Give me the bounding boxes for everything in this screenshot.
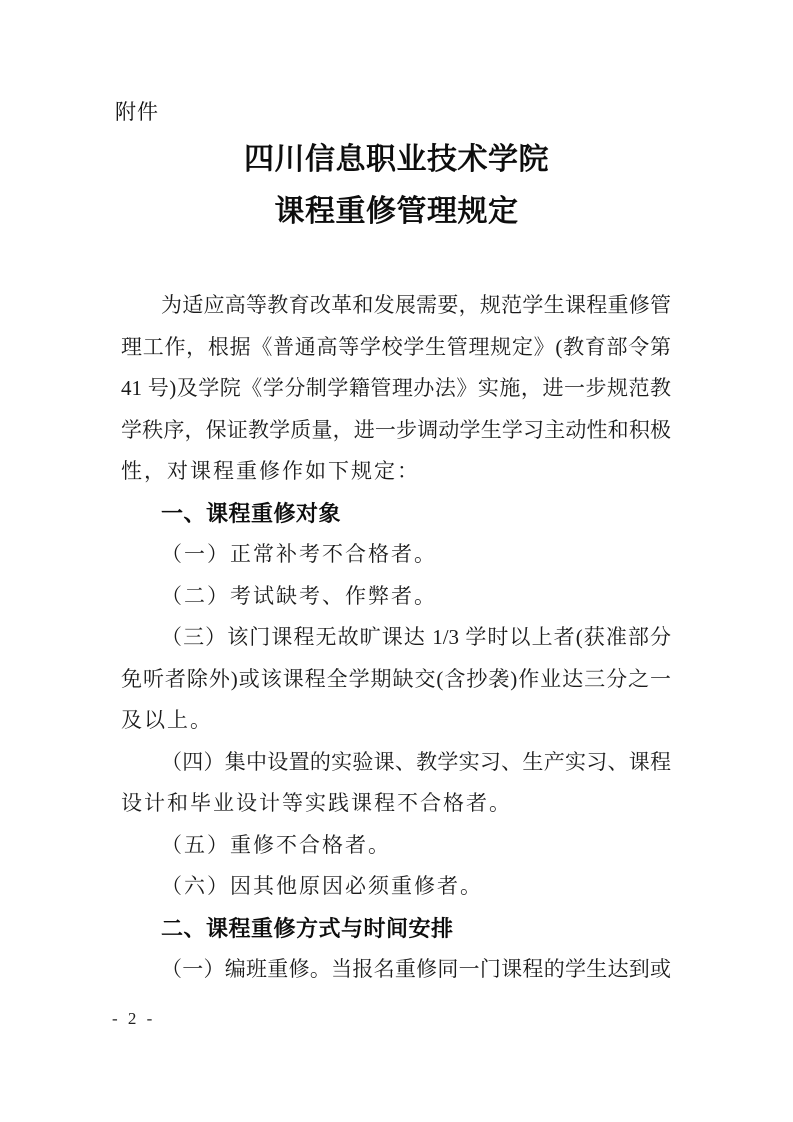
document-body: 为适应高等教育改革和发展需要，规范学生课程重修管 理工作，根据《普通高等学校学生… <box>121 285 671 991</box>
body-line: 性，对课程重修作如下规定： <box>121 451 671 493</box>
list-item: （三）该门课程无故旷课达 1/3 学时以上者(获准部分 <box>121 617 671 659</box>
section-heading-1: 一、课程重修对象 <box>121 493 671 535</box>
list-item-continuation: 免听者除外)或该课程全学期缺交(含抄袭)作业达三分之一 <box>121 659 671 701</box>
page-number: - 2 - <box>112 1008 155 1030</box>
document-title-line-2: 课程重修管理规定 <box>0 186 793 238</box>
list-item: （二）考试缺考、作弊者。 <box>121 576 671 618</box>
list-item-continuation: 及以上。 <box>121 700 671 742</box>
list-item: （四）集中设置的实验课、教学实习、生产实习、课程 <box>121 742 671 784</box>
document-title-line-1: 四川信息职业技术学院 <box>0 134 793 186</box>
attachment-label: 附件 <box>115 96 159 126</box>
body-line: 41 号)及学院《学分制学籍管理办法》实施，进一步规范教 <box>121 368 671 410</box>
body-line: 学秩序，保证教学质量，进一步调动学生学习主动性和积极 <box>121 410 671 452</box>
body-line: 理工作，根据《普通高等学校学生管理规定》(教育部令第 <box>121 327 671 369</box>
list-item: （一）正常补考不合格者。 <box>121 534 671 576</box>
list-item-continuation: 设计和毕业设计等实践课程不合格者。 <box>121 783 671 825</box>
document-title: 四川信息职业技术学院 课程重修管理规定 <box>0 134 793 238</box>
list-item: （五）重修不合格者。 <box>121 825 671 867</box>
list-item: （六）因其他原因必须重修者。 <box>121 866 671 908</box>
document-page: 附件 四川信息职业技术学院 课程重修管理规定 为适应高等教育改革和发展需要，规范… <box>0 0 793 1122</box>
list-item: （一）编班重修。当报名重修同一门课程的学生达到或 <box>121 949 671 991</box>
body-line: 为适应高等教育改革和发展需要，规范学生课程重修管 <box>121 285 671 327</box>
section-heading-2: 二、课程重修方式与时间安排 <box>121 908 671 950</box>
